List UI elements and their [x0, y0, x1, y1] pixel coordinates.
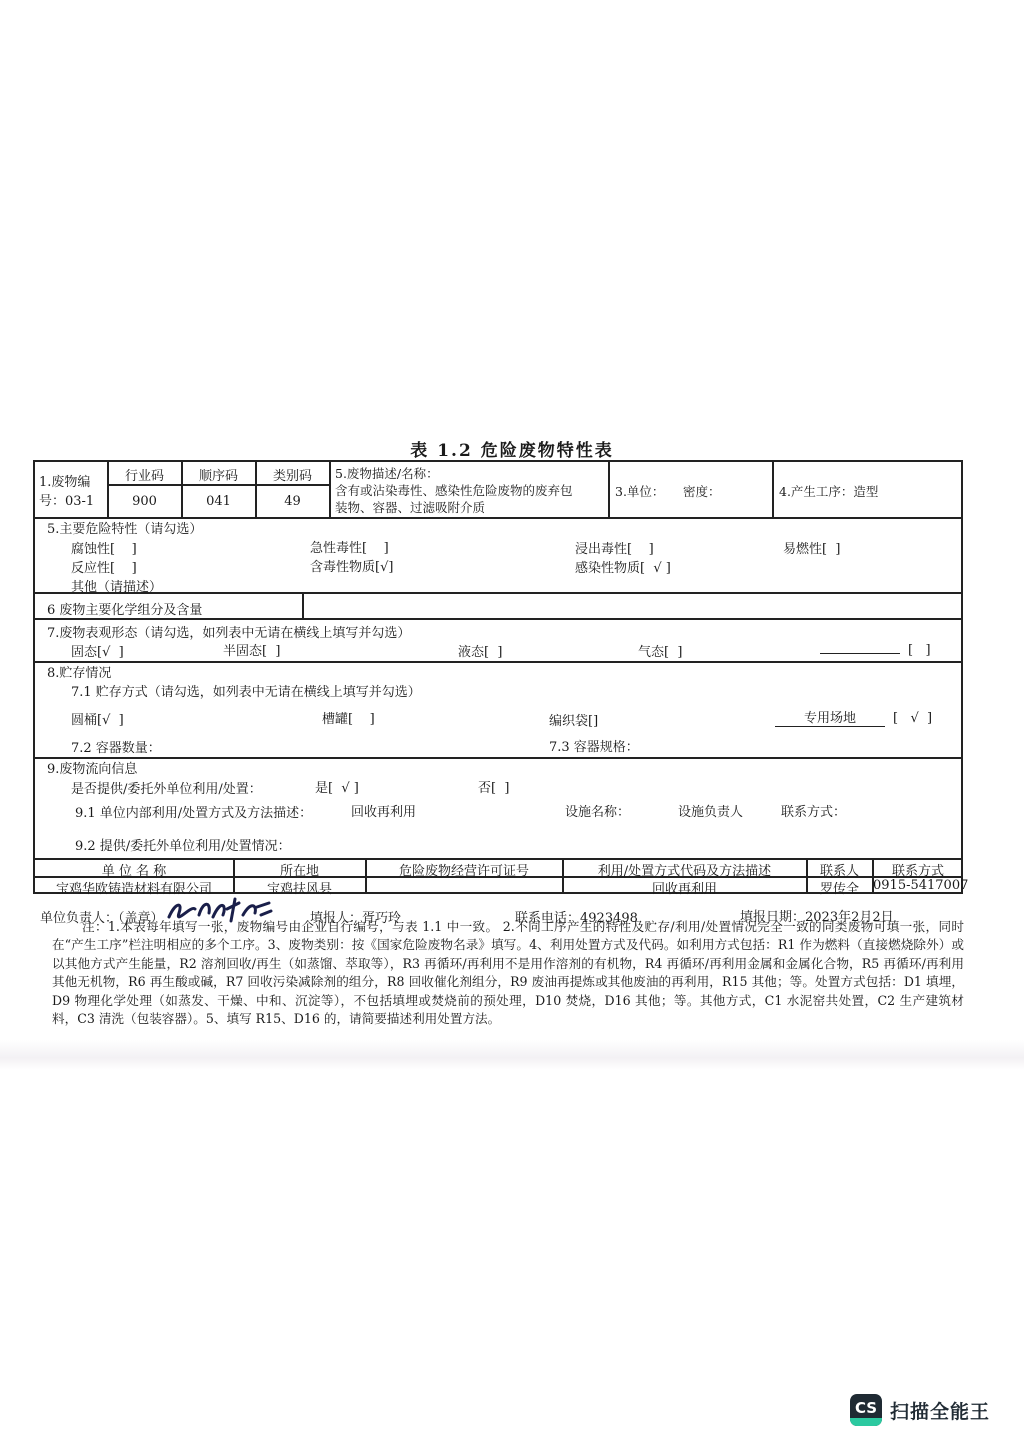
description-line-2: 装物、容器、过滤吸附介质 — [335, 498, 485, 516]
density-label: 密度： — [683, 482, 721, 500]
container-count-label: 7.2 容器数量： — [71, 737, 161, 756]
storage-tank[interactable]: 槽罐[ ] — [322, 708, 375, 727]
camscanner-watermark: CS 扫描全能王 — [850, 1393, 990, 1427]
col-header-unit-name: 单 位 名 称 — [35, 860, 233, 879]
container-spec-label: 7.3 容器规格： — [549, 736, 639, 755]
sequence-code: 041 — [182, 494, 255, 509]
facility-owner-label: 设施负责人 — [678, 801, 743, 820]
industry-code: 900 — [108, 494, 181, 509]
hazard-acute-toxicity[interactable]: 急性毒性[ ] — [310, 537, 389, 556]
flow-no-option[interactable]: 否[ ] — [478, 777, 509, 796]
internal-disposal-label: 9.1 单位内部利用/处置方式及方法描述： — [75, 802, 312, 821]
row-divider — [35, 757, 962, 759]
camscanner-logo-icon: CS — [850, 1394, 882, 1426]
col-header-method: 利用/处置方式代码及方法描述 — [563, 860, 806, 879]
storage-woven-bag[interactable]: 编织袋[] — [549, 710, 598, 729]
col-divider — [329, 462, 331, 517]
external-detail-label: 9.2 提供/委托外单位利用/处置情况： — [75, 835, 291, 854]
hazard-flammable[interactable]: 易燃性[ ] — [783, 538, 840, 557]
category-code-label: 类别码 — [256, 465, 329, 484]
contact-label: 联系方式： — [781, 801, 846, 820]
hazard-reactive[interactable]: 反应性[ ] — [71, 557, 137, 576]
description-label: 5.废物描述/名称： — [335, 464, 439, 482]
row-divider — [35, 592, 962, 594]
flow-yes-option[interactable]: 是[ √ ] — [315, 777, 359, 796]
form-semisolid[interactable]: 半固态[ ] — [223, 640, 280, 659]
unit-label: 3.单位： — [615, 482, 664, 500]
col-header-contact: 联系方式 — [873, 860, 963, 879]
cell-contact: 0915-5417007 — [873, 878, 963, 893]
description-line-1: 含有或沾染毒性、感染性危险废物的废弃包 — [335, 481, 573, 499]
process-label: 4.产生工序：造型 — [779, 482, 878, 500]
camscanner-label: 扫描全能王 — [890, 1397, 990, 1424]
scan-shadow — [0, 1040, 1024, 1070]
storage-drum[interactable]: 圆桶[√ ] — [71, 709, 124, 728]
row-divider — [35, 661, 962, 663]
storage-dedicated-site[interactable]: 专用场地[ √ ] — [775, 707, 932, 727]
hazard-corrosive[interactable]: 腐蚀性[ ] — [71, 538, 137, 557]
waste-no-label: 1.废物编 — [39, 471, 90, 490]
col-header-location: 所在地 — [234, 860, 365, 879]
form-other[interactable]: [ ] — [820, 639, 931, 658]
form-liquid[interactable]: 液态[ ] — [458, 641, 502, 660]
form-heading: 7.废物表观形态（请勾选，如列表中无请在横线上填写并勾选） — [47, 622, 410, 641]
hazard-other-label: 其他（请描述） — [71, 576, 162, 595]
industry-code-label: 行业码 — [108, 465, 181, 484]
cell-contact-person: 罗传全 — [807, 878, 872, 897]
hazards-heading: 5.主要危险特性（请勾选） — [47, 518, 202, 537]
cell-method: 回收再利用 — [563, 878, 806, 897]
form-title: 表 1.2 危险废物特性表 — [0, 436, 1024, 461]
col-header-contact-person: 联系人 — [807, 860, 872, 879]
internal-disposal-value: 回收再利用 — [351, 801, 416, 820]
composition-label: 6 废物主要化学组分及含量 — [47, 599, 202, 618]
sequence-code-label: 顺序码 — [182, 465, 255, 484]
form-notes: 注：1.本表每年填写一张，废物编号由企业自行编号，与表 1.1 中一致。 2.不… — [52, 918, 964, 1028]
form-gas[interactable]: 气态[ ] — [638, 641, 682, 660]
form-solid[interactable]: 固态[√ ] — [71, 641, 124, 660]
storage-heading: 8.贮存情况 — [47, 662, 111, 681]
flow-external-label: 是否提供/委托外单位利用/处置： — [71, 778, 262, 797]
hazard-infectious[interactable]: 感染性物质[ √ ] — [575, 557, 671, 576]
col-divider — [772, 462, 774, 517]
hazard-toxic-substance[interactable]: 含毒性物质[√] — [310, 556, 393, 575]
category-code: 49 — [256, 494, 329, 509]
storage-method-heading: 7.1 贮存方式（请勾选，如列表中无请在横线上填写并勾选） — [71, 681, 421, 700]
col-divider — [302, 592, 304, 618]
waste-no-value: 号：03-1 — [39, 490, 94, 509]
col-divider — [608, 462, 610, 517]
col-header-license: 危险废物经营许可证号 — [366, 860, 562, 879]
cell-divider — [107, 484, 329, 486]
hazard-leaching-toxicity[interactable]: 浸出毒性[ ] — [575, 538, 654, 557]
facility-name-label: 设施名称： — [565, 801, 630, 820]
row-divider — [35, 618, 962, 620]
hazardous-waste-form: 1.废物编 号：03-1 行业码 顺序码 类别码 900 041 49 5.废物… — [33, 460, 963, 894]
flow-heading: 9.废物流向信息 — [47, 758, 137, 777]
